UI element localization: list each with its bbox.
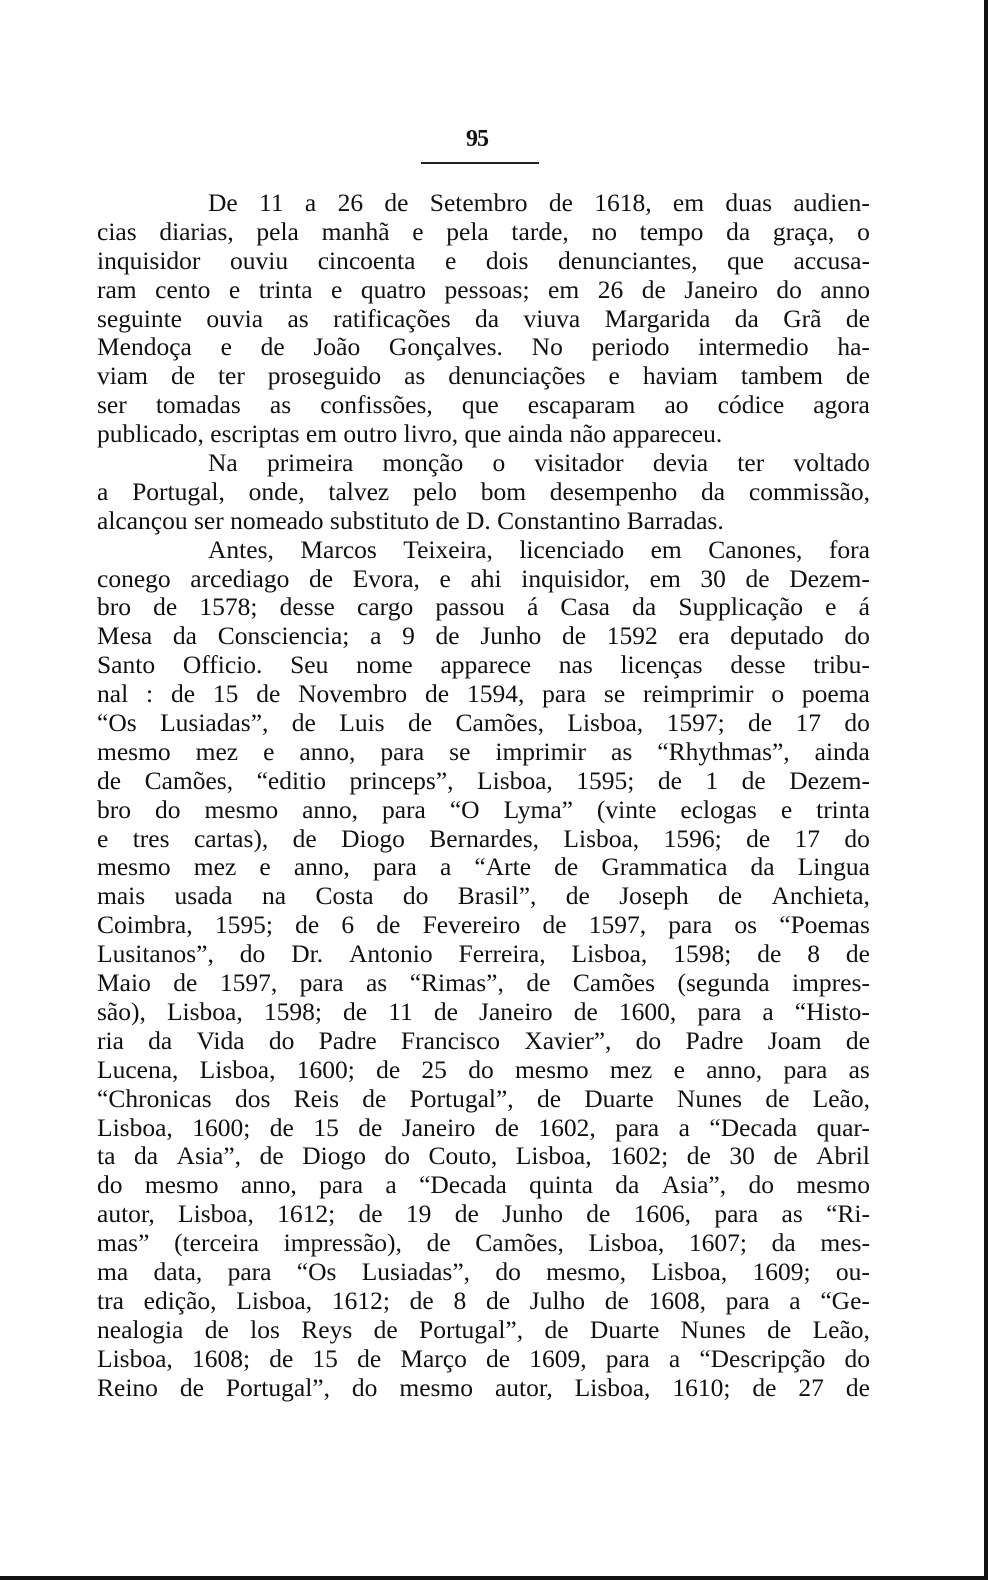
text-line: inquisidorouviucincoentaedoisdenunciante… [97, 247, 870, 276]
scanned-page: 95 De11a26deSetembrode1618,emduasaudien-… [0, 0, 988, 1580]
text-line: brode1578;dessecargopassouáCasadaSupplic… [97, 593, 870, 622]
text-line: Lusitanos”,doDr.AntonioFerreira,Lisboa,1… [97, 940, 870, 969]
text-line: riadaVidadoPadreFranciscoXavier”,doPadre… [97, 1027, 870, 1056]
text-line: madata,para“OsLusiadas”,domesmo,Lisboa,1… [97, 1258, 870, 1287]
text-line: Coimbra,1595;de6deFevereirode1597,paraos… [97, 911, 870, 940]
text-line: publicado, escriptas em outro livro, que… [97, 420, 870, 449]
text-line: alcançou ser nomeado substituto de D. Co… [97, 507, 870, 536]
text-line: são),Lisboa,1598;de11deJaneirode1600,par… [97, 998, 870, 1027]
text-line: ciasdiarias,pelamanhãepelatarde,notempod… [97, 218, 870, 247]
text-line: Lisboa,1608;de15deMarçode1609,paraa“Desc… [97, 1345, 870, 1374]
text-line: Lucena,Lisboa,1600;de25domesmomezeanno,p… [97, 1056, 870, 1085]
text-line: nealogiadelosReysdePortugal”,deDuarteNun… [97, 1316, 870, 1345]
text-line: MendoçaedeJoãoGonçalves.Noperiodointerme… [97, 333, 870, 362]
text-line: etrescartas),deDiogoBernardes,Lisboa,159… [97, 825, 870, 854]
text-line: MesadaConsciencia;a9deJunhode1592eradepu… [97, 622, 870, 651]
text-line: maisusadanaCostadoBrasil”,deJosephdeAnch… [97, 882, 870, 911]
text-line: brodomesmoanno,para“OLyma”(vinteeclogase… [97, 796, 870, 825]
body-text: De11a26deSetembrode1618,emduasaudien-cia… [97, 189, 870, 1402]
text-line: ReinodePortugal”,domesmoautor,Lisboa,161… [97, 1374, 870, 1403]
text-line: “OsLusiadas”,deLuisdeCamões,Lisboa,1597;… [97, 709, 870, 738]
text-line: mesmomezeanno,paraa“ArtedeGrammaticadaLi… [97, 853, 870, 882]
text-line: seguinteouviaasratificaçõesdaviuvaMargar… [97, 305, 870, 334]
text-line: nal:de15deNovembrode1594,parasereimprimi… [97, 680, 870, 709]
text-line: mas”(terceiraimpressão),deCamões,Lisboa,… [97, 1229, 870, 1258]
text-line: Naprimeiramonçãoovisitadordeviatervoltad… [97, 449, 870, 478]
text-line: Lisboa,1600;de15deJaneirode1602,paraa“De… [97, 1114, 870, 1143]
text-line: conegoarcediagodeEvora,eahiinquisidor,em… [97, 565, 870, 594]
text-line: ramcentoetrintaequatropessoas;em26deJane… [97, 276, 870, 305]
text-line: Antes,MarcosTeixeira,licenciadoemCanones… [97, 536, 870, 565]
text-line: sertomadasasconfissões,queescaparamaocód… [97, 391, 870, 420]
text-line: deCamões,“editioprinceps”,Lisboa,1595;de… [97, 767, 870, 796]
text-line: autor,Lisboa,1612;de19deJunhode1606,para… [97, 1200, 870, 1229]
text-line: De11a26deSetembrode1618,emduasaudien- [97, 189, 870, 218]
text-line: SantoOfficio.Seunomeapparecenaslicençasd… [97, 651, 870, 680]
text-line: mesmomezeanno,paraseimprimiras“Rhythmas”… [97, 738, 870, 767]
text-line: traedição,Lisboa,1612;de8deJulhode1608,p… [97, 1287, 870, 1316]
text-line: tadaAsia”,deDiogodoCouto,Lisboa,1602;de3… [97, 1142, 870, 1171]
text-line: aPortugal,onde,talvezpelobomdesempenhoda… [97, 478, 870, 507]
text-line: viamdeterproseguidoasdenunciaçõesehaviam… [97, 362, 870, 391]
page-number: 95 [466, 126, 488, 153]
text-line: “ChronicasdosReisdePortugal”,deDuarteNun… [97, 1085, 870, 1114]
text-line: Maiode1597,paraas“Rimas”,deCamões(segund… [97, 969, 870, 998]
header-rule [421, 162, 539, 164]
text-line: domesmoanno,paraa“DecadaquintadaAsia”,do… [97, 1171, 870, 1200]
